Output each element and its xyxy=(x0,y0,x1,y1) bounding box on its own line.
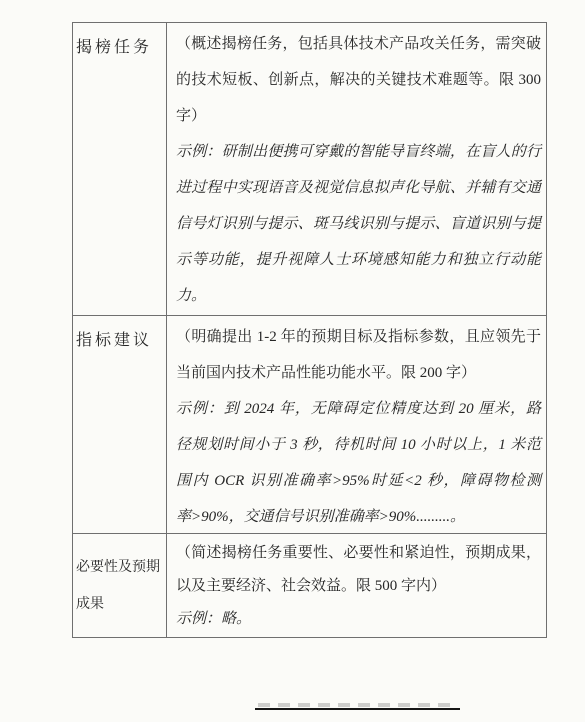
text-line: （简述揭榜任务重要性、必要性和紧迫性，预期成果， xyxy=(176,537,541,570)
text-line: 示例：略。 xyxy=(176,603,541,636)
text-line: 以及主要经济、社会效益。限 500 字内） xyxy=(176,570,541,603)
text-line: 的技术短板、创新点，解决的关键技术难题等。限 300 xyxy=(176,62,541,98)
instruction-text: （简述揭榜任务重要性、必要性和紧迫性，预期成果， 以及主要经济、社会效益。限 5… xyxy=(176,537,541,603)
text-line: 示等功能，提升视障人士环境感知能力和独立行动能 xyxy=(176,242,541,278)
text-line: 力。 xyxy=(176,278,541,314)
page-divider-line xyxy=(255,708,460,710)
row-label: 揭榜任务 xyxy=(76,39,152,56)
text-line: 率>90%，交通信号识别准确率>90%.........。 xyxy=(176,499,541,534)
task-form-table: 揭榜任务 （概述揭榜任务，包括具体技术产品攻关任务，需突破 的技术短板、创新点，… xyxy=(72,22,547,638)
text-line: （概述揭榜任务，包括具体技术产品攻关任务，需突破 xyxy=(176,26,541,62)
instruction-text: （明确提出 1-2 年的预期目标及指标参数，且应领先于 当前国内技术产品性能功能… xyxy=(176,319,541,391)
example-text: 示例：略。 xyxy=(176,603,541,636)
example-text: 示例：到 2024 年，无障碍定位精度达到 20 厘米，路 径规划时间小于 3 … xyxy=(176,391,541,534)
row-content-cell-metrics: （明确提出 1-2 年的预期目标及指标参数，且应领先于 当前国内技术产品性能功能… xyxy=(167,316,546,534)
text-line: 进过程中实现语音及视觉信息拟声化导航、并辅有交通 xyxy=(176,170,541,206)
example-text: 示例：研制出便携可穿戴的智能导盲终端，在盲人的行 进过程中实现语音及视觉信息拟声… xyxy=(176,134,541,314)
text-line: （明确提出 1-2 年的预期目标及指标参数，且应领先于 xyxy=(176,319,541,355)
bleed-through-marks xyxy=(258,703,458,707)
row-label: 指标建议 xyxy=(76,332,152,349)
row-content-cell-task: （概述揭榜任务，包括具体技术产品攻关任务，需突破 的技术短板、创新点，解决的关键… xyxy=(167,23,546,316)
text-line: 示例：研制出便携可穿戴的智能导盲终端，在盲人的行 xyxy=(176,134,541,170)
text-line: 信号灯识别与提示、斑马线识别与提示、盲道识别与提 xyxy=(176,206,541,242)
text-line: 示例：到 2024 年，无障碍定位精度达到 20 厘米，路 xyxy=(176,391,541,427)
document-page: 揭榜任务 （概述揭榜任务，包括具体技术产品攻关任务，需突破 的技术短板、创新点，… xyxy=(0,0,585,722)
instruction-text: （概述揭榜任务，包括具体技术产品攻关任务，需突破 的技术短板、创新点，解决的关键… xyxy=(176,26,541,134)
text-line: 字） xyxy=(176,98,541,134)
row-label-cell-necessity: 必要性及预期成果 xyxy=(73,534,167,637)
row-label: 必要性及预期成果 xyxy=(76,549,164,623)
text-line: 当前国内技术产品性能功能水平。限 200 字） xyxy=(176,355,541,391)
text-line: 径规划时间小于 3 秒，待机时间 10 小时以上，1 米范 xyxy=(176,427,541,463)
text-line: 围内 OCR 识别准确率>95%时延<2 秒，障碍物检测 xyxy=(176,463,541,499)
row-label-cell-metrics: 指标建议 xyxy=(73,316,167,534)
row-content-cell-necessity: （简述揭榜任务重要性、必要性和紧迫性，预期成果， 以及主要经济、社会效益。限 5… xyxy=(167,534,546,637)
row-label-cell-task: 揭榜任务 xyxy=(73,23,167,316)
